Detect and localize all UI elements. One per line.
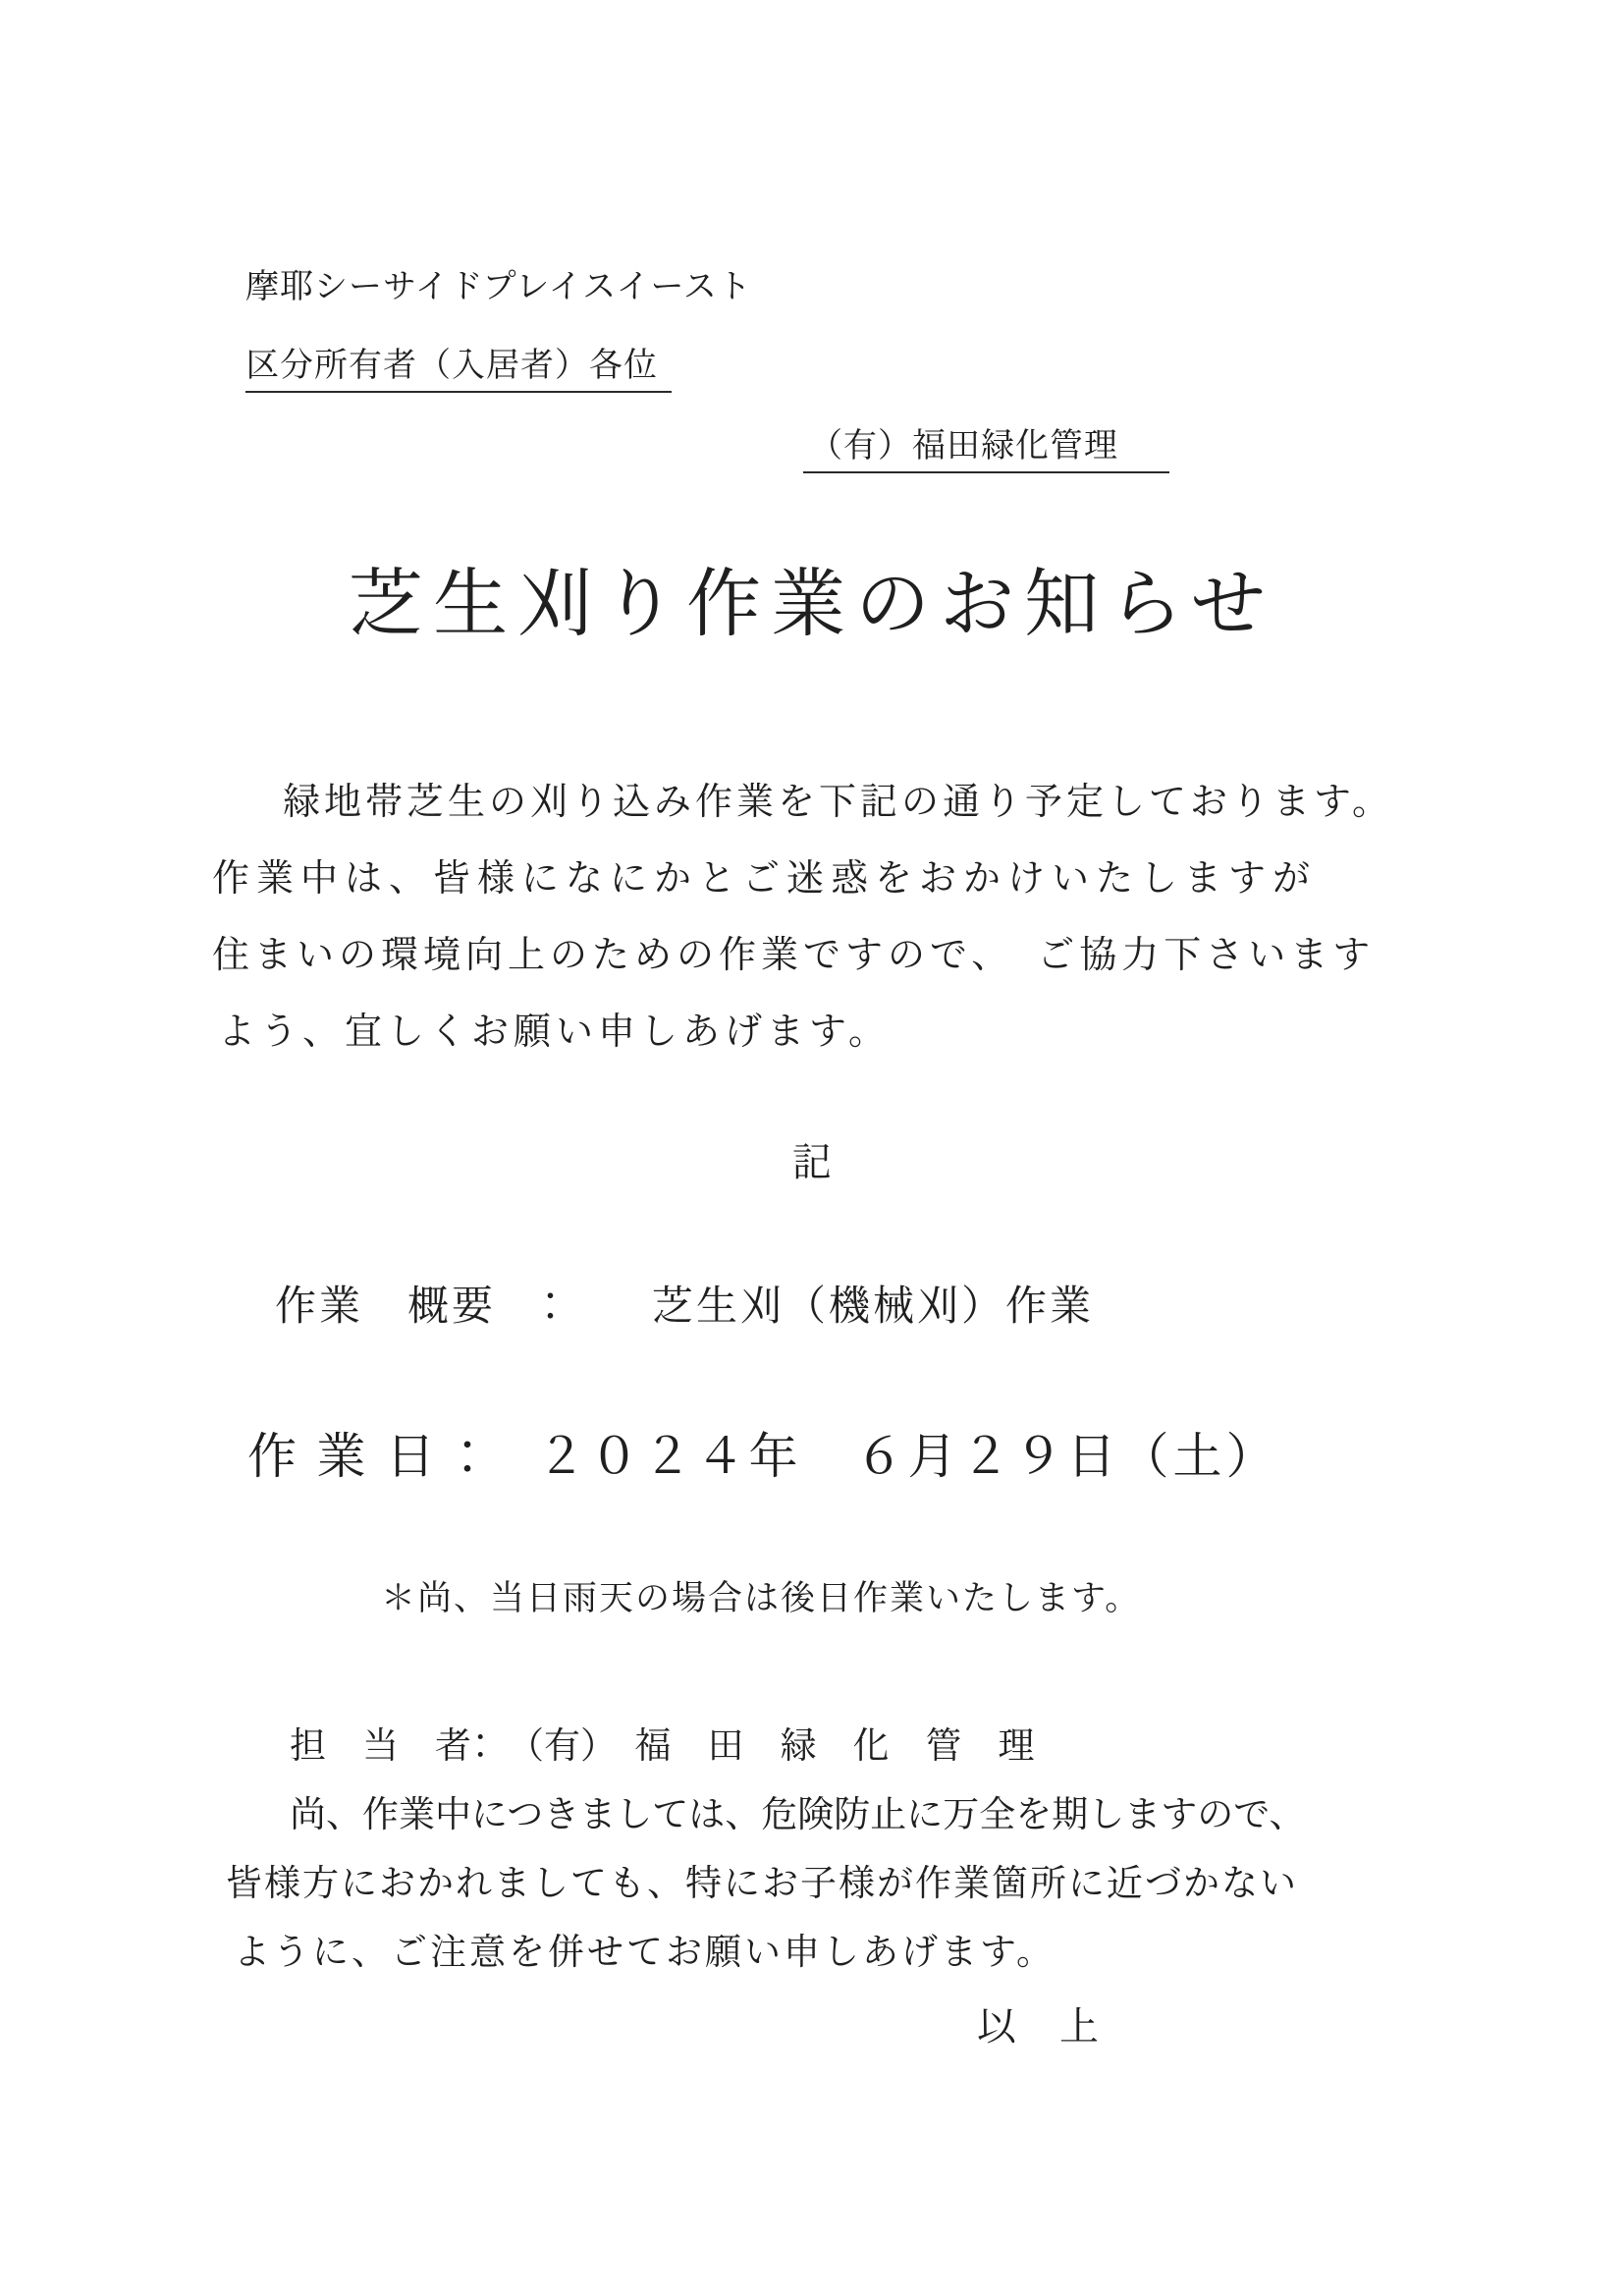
rain-postponement-note: ＊尚、当日雨天の場合は後日作業いたします。 xyxy=(381,1581,1141,1615)
work-date-line: 作 業 日 ： ２０２４年 ６月２９日（土） xyxy=(247,1432,1279,1481)
intro-paragraph-line-3: 住まいの環境向上のための作業ですので、 ご協力下さいます xyxy=(212,937,1375,974)
closing-ijou-marker: 以 上 xyxy=(977,2007,1101,2047)
caution-paragraph-line-3: ように、ご注意を併せてお願い申しあげます。 xyxy=(234,1935,1056,1971)
work-overview-line: 作業 概要 ： 芝生刈（機械刈）作業 xyxy=(275,1286,1094,1328)
intro-paragraph-line-1: 緑地帯芝生の刈り込み作業を下記の通り予定しております。 xyxy=(283,784,1393,821)
notice-document: 摩耶シーサイドプレイスイースト 区分所有者（入居者）各位 （有）福田緑化管理 芝… xyxy=(0,0,1624,2296)
page-title: 芝生刈り作業のお知らせ xyxy=(0,568,1624,642)
person-in-charge-line: 担 当 者： （有） 福 田 緑 化 管 理 xyxy=(290,1728,1035,1765)
intro-paragraph-line-4: よう、宜しくお願い申しあげます。 xyxy=(218,1013,891,1051)
intro-paragraph-line-2: 作業中は、皆様になにかとご迷惑をおかけいたしますが xyxy=(212,860,1317,898)
sender-company-name: （有）福田緑化管理 xyxy=(803,430,1169,473)
caution-paragraph-line-1: 尚、作業中につきましては、危険防止に万全を期しますので、 xyxy=(290,1797,1306,1833)
recipient-addressees: 区分所有者（入居者）各位 xyxy=(245,350,672,393)
recipient-building-name: 摩耶シーサイドプレイスイースト xyxy=(245,271,752,304)
ki-record-marker: 記 xyxy=(0,1143,1624,1182)
caution-paragraph-line-2: 皆様方におかれましても、特にお子様が作業箇所に近づかない xyxy=(226,1866,1298,1902)
